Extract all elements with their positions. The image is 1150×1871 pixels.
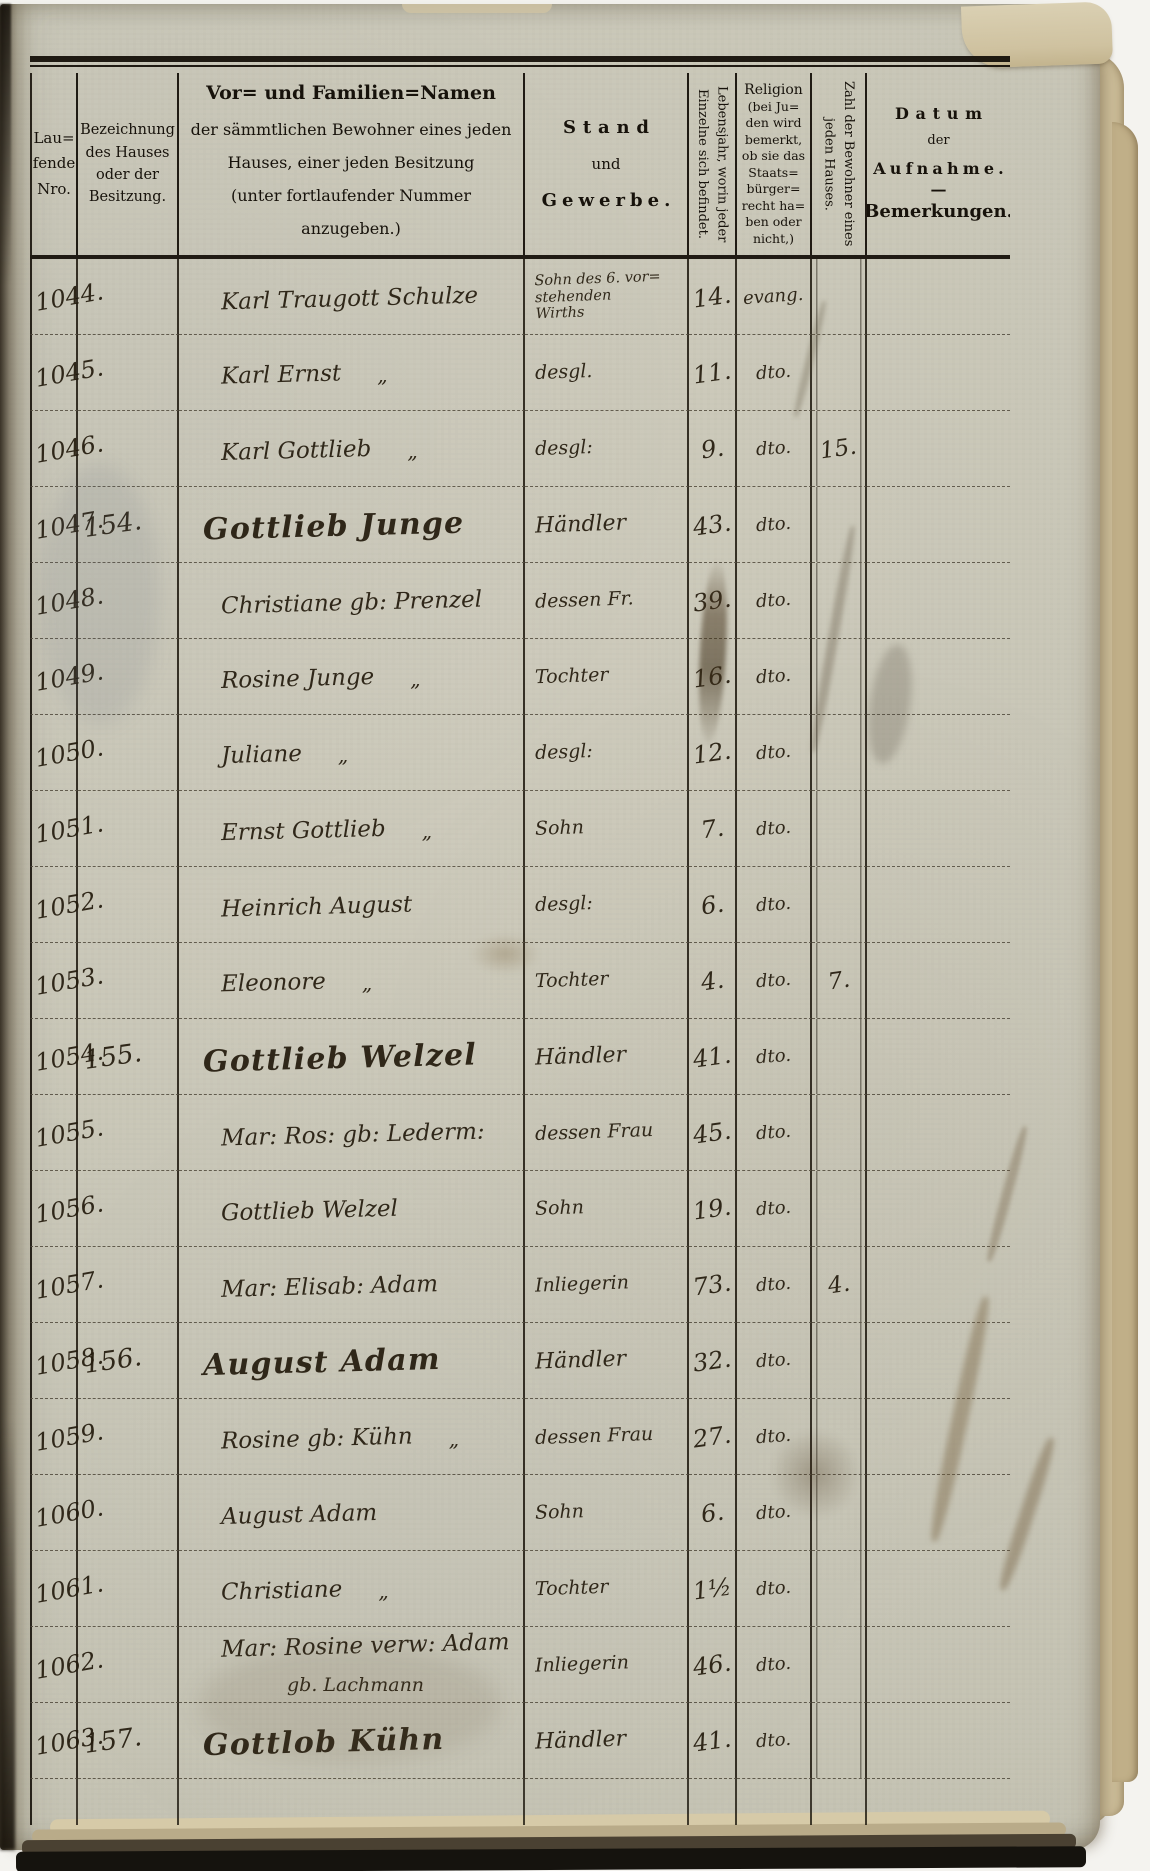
stand-value: Händler	[535, 1042, 627, 1070]
ditto-mark: „	[410, 667, 420, 691]
cell-haus-nro	[78, 1399, 179, 1475]
cell-datum-bemerkungen	[867, 1551, 1010, 1627]
cell-religion: dto.	[737, 563, 812, 639]
cell-religion: dto.	[737, 791, 812, 867]
religion-value: dto.	[755, 1197, 791, 1220]
alter-value: 27.	[691, 1420, 733, 1453]
cell-zahl-bewohner	[812, 1551, 867, 1627]
table-row: 1056. Gottlieb Welzel Sohn 19. dto.	[30, 1171, 1010, 1247]
alter-value: 41.	[691, 1040, 733, 1073]
cell-stand-gewerbe: Tochter	[525, 1551, 689, 1627]
cell-laufende-nro: 1046.	[30, 411, 78, 487]
alter-value: 73.	[691, 1268, 733, 1301]
cell-name: Gottlieb Welzel	[179, 1019, 525, 1095]
header-namen-title: Vor= und Familien=Namen	[206, 82, 496, 104]
ditto-mark: „	[377, 363, 387, 387]
table-row: 1062. Mar: Rosine verw: Adam gb. Lachman…	[30, 1627, 1010, 1703]
table-row: 1060. August Adam Sohn 6. dto.	[30, 1475, 1010, 1551]
table-row: 1063. 157. Gottlob Kühn Händler 41. dto.	[30, 1703, 1010, 1779]
religion-value: evang.	[743, 284, 805, 309]
cell-religion: dto.	[737, 487, 812, 563]
header-col-datum-bemerkungen: DatumderAufnahme.—Bemerkungen.	[867, 73, 1010, 255]
name-line: August Adam	[221, 1502, 413, 1528]
name-second-line: gb. Lachmann	[287, 1674, 424, 1696]
cell-lebensjahr: 11.	[689, 335, 737, 411]
name-value: Christiane gb: Prenzel	[221, 586, 483, 619]
stand-value: Sohn	[535, 1501, 585, 1525]
name-value: Karl Gottlieb	[221, 436, 372, 466]
cell-stand-gewerbe: desgl:	[525, 867, 689, 943]
cell-datum-bemerkungen	[867, 487, 1010, 563]
cell-name: Karl Traugott Schulze	[179, 259, 525, 335]
name-line: Mar: Rosine verw: Adam	[221, 1633, 523, 1678]
cell-zahl-bewohner	[812, 487, 867, 563]
alter-value: 19.	[691, 1192, 733, 1225]
cell-name: Karl Ernst„	[179, 335, 525, 411]
name-line: Karl Ernst„	[221, 362, 388, 388]
header-col-laufende-nro: Lau=fendeNro.	[30, 73, 78, 255]
stand-value: desgl:	[535, 893, 594, 917]
religion-value: dto.	[755, 817, 791, 840]
ditto-mark: „	[422, 819, 432, 843]
cell-religion: dto.	[737, 1627, 812, 1703]
religion-value: dto.	[755, 1121, 791, 1144]
stand-value: Tochter	[535, 1576, 609, 1600]
tail-cell	[78, 1779, 179, 1825]
cell-lebensjahr: 39.	[689, 563, 737, 639]
cell-haus-nro	[78, 1171, 179, 1247]
cell-zahl-bewohner	[812, 639, 867, 715]
cell-stand-gewerbe: Sohn des 6. vor=stehendenWirths	[525, 259, 689, 335]
cell-religion: dto.	[737, 1171, 812, 1247]
cell-lebensjahr: 4.	[689, 943, 737, 1019]
tail-cell	[737, 1779, 812, 1825]
cell-haus-nro	[78, 411, 179, 487]
cell-zahl-bewohner	[812, 715, 867, 791]
name-value: August Adam	[203, 1342, 442, 1383]
cell-zahl-bewohner	[812, 1019, 867, 1095]
cell-stand-gewerbe: Tochter	[525, 639, 689, 715]
cell-religion: dto.	[737, 1475, 812, 1551]
name-line: Ernst Gottlieb„	[221, 818, 432, 844]
cell-haus-nro	[78, 1247, 179, 1323]
cell-haus-nro: 155.	[78, 1019, 179, 1095]
cell-name: Mar: Ros: gb: Lederm:	[179, 1095, 525, 1171]
name-value: Mar: Ros: gb: Lederm:	[221, 1118, 485, 1151]
header-col-haus-bezeichnung: Bezeichnungdes Hausesoder derBesitzung.	[78, 73, 179, 255]
cell-datum-bemerkungen	[867, 259, 1010, 335]
cell-laufende-nro: 1057.	[30, 1247, 78, 1323]
cell-name: Christiane„	[179, 1551, 525, 1627]
cell-zahl-bewohner	[812, 1475, 867, 1551]
cell-religion: dto.	[737, 335, 812, 411]
name-value: Eleonore	[221, 968, 327, 997]
cell-zahl-bewohner	[812, 335, 867, 411]
cell-zahl-bewohner	[812, 1703, 867, 1779]
name-value: Juliane	[221, 740, 303, 768]
cell-zahl-bewohner	[812, 1627, 867, 1703]
cell-datum-bemerkungen	[867, 1703, 1010, 1779]
cell-religion: dto.	[737, 1323, 812, 1399]
cell-religion: dto.	[737, 411, 812, 487]
cell-haus-nro: 157.	[78, 1703, 179, 1779]
cell-name: Gottlob Kühn	[179, 1703, 525, 1779]
name-value: Christiane	[221, 1576, 343, 1605]
cell-religion: dto.	[737, 943, 812, 1019]
cell-laufende-nro: 1054.	[30, 1019, 78, 1095]
table-row: 1048. Christiane gb: Prenzel dessen Fr. …	[30, 563, 1010, 639]
alter-value: 41.	[691, 1724, 733, 1757]
haus-nro-value: 156.	[82, 1342, 144, 1380]
header-lebensjahr-rotated-label: Lebensjahr, worin jeder Einzelne sich be…	[693, 79, 732, 249]
header-namen-subtitle: der sämmtlichen Bewohner eines jedenHaus…	[185, 114, 517, 245]
name-line: Gottlieb Welzel	[203, 1041, 513, 1076]
religion-value: dto.	[755, 1045, 791, 1068]
name-value: Gottlieb Junge	[203, 506, 465, 548]
religion-value: dto.	[755, 1349, 791, 1372]
cell-haus-nro	[78, 791, 179, 867]
name-value: August Adam	[221, 1499, 378, 1529]
stand-value: dessen Frau	[535, 1120, 654, 1146]
name-value: Rosine Junge	[221, 663, 375, 693]
cell-zahl-bewohner	[812, 1171, 867, 1247]
alter-value: 46.	[691, 1648, 733, 1681]
top-edge-wear	[402, 4, 552, 13]
cell-name: Rosine gb: Kühn„	[179, 1399, 525, 1475]
table-row: 1055. Mar: Ros: gb: Lederm: dessen Frau …	[30, 1095, 1010, 1171]
cell-lebensjahr: 6.	[689, 1475, 737, 1551]
cell-lebensjahr: 73.	[689, 1247, 737, 1323]
cell-stand-gewerbe: dessen Frau	[525, 1095, 689, 1171]
table-tail-row	[30, 1779, 1010, 1825]
cell-name: Juliane„	[179, 715, 525, 791]
cell-stand-gewerbe: Händler	[525, 1703, 689, 1779]
cell-stand-gewerbe: desgl:	[525, 411, 689, 487]
cell-haus-nro: 154.	[78, 487, 179, 563]
name-value: Karl Ernst	[221, 360, 342, 389]
cell-stand-gewerbe: Händler	[525, 1323, 689, 1399]
alter-value: 45.	[691, 1116, 733, 1149]
header-col-zahl-bewohner: Zahl der Bewohner eines jeden Hauses.	[812, 73, 867, 255]
cell-lebensjahr: 45.	[689, 1095, 737, 1171]
cell-lebensjahr: 16.	[689, 639, 737, 715]
cell-datum-bemerkungen	[867, 791, 1010, 867]
cell-datum-bemerkungen	[867, 1399, 1010, 1475]
name-line: Mar: Ros: gb: Lederm:	[221, 1122, 521, 1148]
stand-value: Händler	[535, 510, 627, 538]
name-line: Karl Traugott Schulze	[221, 286, 514, 312]
cell-name: Ernst Gottlieb„	[179, 791, 525, 867]
table-row: 1052. Heinrich August desgl: 6. dto.	[30, 867, 1010, 943]
name-value: Gottlob Kühn	[203, 1722, 445, 1763]
table-body: 1044. Karl Traugott Schulze Sohn des 6. …	[30, 259, 1010, 1779]
cell-stand-gewerbe: desgl:	[525, 715, 689, 791]
religion-value: dto.	[755, 513, 791, 536]
cell-haus-nro	[78, 259, 179, 335]
cell-name: August Adam	[179, 1323, 525, 1399]
cell-religion: dto.	[737, 1399, 812, 1475]
cell-laufende-nro: 1045.	[30, 335, 78, 411]
header-col-stand-gewerbe: StandundGewerbe.	[525, 73, 689, 255]
cell-haus-nro	[78, 715, 179, 791]
haus-nro-value: 157.	[82, 1722, 144, 1760]
cell-lebensjahr: 9.	[689, 411, 737, 487]
name-line: Rosine gb: Kühn„	[221, 1426, 459, 1452]
cell-stand-gewerbe: Sohn	[525, 791, 689, 867]
cell-religion: dto.	[737, 715, 812, 791]
cell-stand-gewerbe: desgl.	[525, 335, 689, 411]
cell-stand-gewerbe: Händler	[525, 487, 689, 563]
name-value: Rosine gb: Kühn	[221, 1423, 413, 1454]
cell-religion: dto.	[737, 1095, 812, 1171]
cell-zahl-bewohner	[812, 563, 867, 639]
alter-value: 32.	[691, 1344, 733, 1377]
name-line: Juliane„	[221, 742, 348, 768]
cell-name: Mar: Rosine verw: Adam gb. Lachmann	[179, 1627, 525, 1703]
cell-religion: dto.	[737, 1247, 812, 1323]
religion-value: dto.	[755, 1273, 791, 1296]
table-header: Lau=fendeNro. Bezeichnungdes Hausesoder …	[30, 73, 1010, 259]
cell-laufende-nro: 1044.	[30, 259, 78, 335]
alter-value: 4.	[699, 965, 726, 996]
tail-cell	[812, 1779, 867, 1825]
table-row: 1044. Karl Traugott Schulze Sohn des 6. …	[30, 259, 1010, 335]
table-row: 1059. Rosine gb: Kühn„ dessen Frau 27. d…	[30, 1399, 1010, 1475]
cell-lebensjahr: 7.	[689, 791, 737, 867]
cell-lebensjahr: 14.	[689, 259, 737, 335]
cell-haus-nro	[78, 335, 179, 411]
table-row: 1050. Juliane„ desgl: 12. dto.	[30, 715, 1010, 791]
header-col-religion: Religion(bei Ju=den wirdbemerkt,ob sie d…	[737, 73, 812, 255]
cell-haus-nro	[78, 639, 179, 715]
table-row: 1045. Karl Ernst„ desgl. 11. dto.	[30, 335, 1010, 411]
alter-value: 7.	[699, 813, 726, 844]
name-value: Karl Traugott Schulze	[221, 282, 479, 315]
religion-value: dto.	[755, 361, 791, 384]
cell-zahl-bewohner	[812, 259, 867, 335]
cell-haus-nro	[78, 1627, 179, 1703]
zahl-value: 4.	[826, 1270, 851, 1299]
name-line: Eleonore„	[221, 970, 372, 996]
table-row: 1053. Eleonore„ Tochter 4. dto. 7.	[30, 943, 1010, 1019]
cell-stand-gewerbe: dessen Fr.	[525, 563, 689, 639]
stand-value: Tochter	[535, 968, 609, 992]
cell-lebensjahr: 12.	[689, 715, 737, 791]
name-value: Mar: Elisab: Adam	[221, 1271, 439, 1303]
stand-value: Händler	[535, 1726, 627, 1754]
table-row: 1057. Mar: Elisab: Adam Inliegerin 73. d…	[30, 1247, 1010, 1323]
alter-value: 9.	[699, 433, 726, 464]
cell-stand-gewerbe: dessen Frau	[525, 1399, 689, 1475]
tail-cell	[30, 1779, 78, 1825]
alter-value: 39.	[691, 584, 733, 617]
cell-lebensjahr: 27.	[689, 1399, 737, 1475]
header-col-namen: Vor= und Familien=Namen der sämmtlichen …	[179, 73, 525, 255]
cell-laufende-nro: 1060.	[30, 1475, 78, 1551]
cell-haus-nro	[78, 1475, 179, 1551]
register-table: Lau=fendeNro. Bezeichnungdes Hausesoder …	[30, 56, 1010, 1825]
alter-value: 1½	[691, 1572, 733, 1605]
haus-nro-value: 154.	[82, 506, 144, 544]
religion-value: dto.	[755, 969, 791, 992]
ditto-mark: „	[362, 971, 372, 995]
cell-name: Heinrich August	[179, 867, 525, 943]
cell-datum-bemerkungen	[867, 1095, 1010, 1171]
cell-datum-bemerkungen	[867, 715, 1010, 791]
name-value: Ernst Gottlieb	[221, 815, 386, 845]
stand-value: Inliegerin	[535, 1272, 630, 1297]
cell-religion: dto.	[737, 867, 812, 943]
table-row: 1058. 156. August Adam Händler 32. dto.	[30, 1323, 1010, 1399]
stand-value: Sohn	[535, 817, 585, 841]
stand-value: desgl:	[535, 437, 594, 461]
religion-value: dto.	[755, 1501, 791, 1524]
cell-lebensjahr: 41.	[689, 1019, 737, 1095]
cell-religion: dto.	[737, 1019, 812, 1095]
stand-value: Inliegerin	[535, 1652, 630, 1677]
table-row: 1049. Rosine Junge„ Tochter 16. dto.	[30, 639, 1010, 715]
religion-value: dto.	[755, 1653, 791, 1676]
name-line: Karl Gottlieb„	[221, 438, 418, 464]
table-top-rule	[30, 56, 1010, 73]
cell-haus-nro: 156.	[78, 1323, 179, 1399]
table-row: 1061. Christiane„ Tochter 1½ dto.	[30, 1551, 1010, 1627]
cell-stand-gewerbe: Inliegerin	[525, 1627, 689, 1703]
alter-value: 12.	[691, 736, 733, 769]
stand-value: Händler	[535, 1346, 627, 1374]
cell-lebensjahr: 32.	[689, 1323, 737, 1399]
cell-lebensjahr: 19.	[689, 1171, 737, 1247]
cell-haus-nro	[78, 1095, 179, 1171]
cell-zahl-bewohner	[812, 791, 867, 867]
name-value: Gottlieb Welzel	[221, 1195, 399, 1226]
cell-lebensjahr: 1½	[689, 1551, 737, 1627]
cell-name: Rosine Junge„	[179, 639, 525, 715]
cell-lebensjahr: 6.	[689, 867, 737, 943]
stand-value: Tochter	[535, 664, 609, 688]
cell-laufende-nro: 1050.	[30, 715, 78, 791]
cell-lebensjahr: 46.	[689, 1627, 737, 1703]
name-line: Rosine Junge„	[221, 666, 421, 692]
cell-name: Gottlieb Junge	[179, 487, 525, 563]
cell-stand-gewerbe: Inliegerin	[525, 1247, 689, 1323]
table-row: 1047. 154. Gottlieb Junge Händler 43. dt…	[30, 487, 1010, 563]
cell-datum-bemerkungen	[867, 639, 1010, 715]
cell-haus-nro	[78, 563, 179, 639]
cell-name: Karl Gottlieb„	[179, 411, 525, 487]
name-value: Mar: Rosine verw: Adam	[221, 1629, 510, 1663]
table-row: 1046. Karl Gottlieb„ desgl: 9. dto. 15.	[30, 411, 1010, 487]
cell-lebensjahr: 41.	[689, 1703, 737, 1779]
tail-cell	[689, 1779, 737, 1825]
cell-datum-bemerkungen	[867, 867, 1010, 943]
stand-value: Sohn	[535, 1197, 585, 1221]
cell-datum-bemerkungen	[867, 411, 1010, 487]
stand-value: desgl:	[535, 741, 594, 765]
cell-laufende-nro: 1051.	[30, 791, 78, 867]
cell-zahl-bewohner: 15.	[812, 411, 867, 487]
name-line: August Adam	[203, 1345, 477, 1380]
ditto-mark: „	[338, 743, 348, 767]
scanned-register-page: Lau=fendeNro. Bezeichnungdes Hausesoder …	[0, 0, 1150, 1871]
religion-value: dto.	[755, 665, 791, 688]
alter-value: 43.	[691, 508, 733, 541]
name-value: Gottlieb Welzel	[203, 1037, 478, 1079]
stand-value: dessen Fr.	[535, 588, 634, 613]
religion-value: dto.	[755, 437, 791, 460]
zahl-value: 7.	[826, 966, 851, 995]
paper-sheet: Lau=fendeNro. Bezeichnungdes Hausesoder …	[0, 4, 1100, 1850]
cell-datum-bemerkungen	[867, 335, 1010, 411]
cell-laufende-nro: 1056.	[30, 1171, 78, 1247]
cell-datum-bemerkungen	[867, 1323, 1010, 1399]
alter-value: 6.	[699, 1497, 726, 1528]
ditto-mark: „	[407, 439, 417, 463]
cell-religion: evang.	[737, 259, 812, 335]
cell-laufende-nro: 1059.	[30, 1399, 78, 1475]
stand-value: dessen Frau	[535, 1424, 654, 1450]
cell-laufende-nro: 1047.	[30, 487, 78, 563]
table-row: 1051. Ernst Gottlieb„ Sohn 7. dto.	[30, 791, 1010, 867]
name-line: Christiane gb: Prenzel	[221, 590, 518, 616]
cell-haus-nro	[78, 1551, 179, 1627]
cell-datum-bemerkungen	[867, 1019, 1010, 1095]
cell-datum-bemerkungen	[867, 1247, 1010, 1323]
name-line: Mar: Elisab: Adam	[221, 1274, 474, 1300]
name-line: Christiane„	[221, 1578, 389, 1604]
cell-name: Christiane gb: Prenzel	[179, 563, 525, 639]
name-line: Heinrich August	[221, 894, 448, 920]
cell-zahl-bewohner: 7.	[812, 943, 867, 1019]
religion-value: dto.	[755, 1425, 791, 1448]
cell-religion: dto.	[737, 1703, 812, 1779]
cell-zahl-bewohner	[812, 867, 867, 943]
cell-zahl-bewohner: 4.	[812, 1247, 867, 1323]
cell-zahl-bewohner	[812, 1323, 867, 1399]
cell-laufende-nro: 1049.	[30, 639, 78, 715]
name-line: Gottlieb Junge	[203, 509, 500, 544]
religion-value: dto.	[755, 741, 791, 764]
cell-name: Gottlieb Welzel	[179, 1171, 525, 1247]
tail-cell	[179, 1779, 525, 1825]
ditto-mark: „	[449, 1427, 459, 1451]
cell-laufende-nro: 1055.	[30, 1095, 78, 1171]
cell-zahl-bewohner	[812, 1095, 867, 1171]
table-row: 1054. 155. Gottlieb Welzel Händler 41. d…	[30, 1019, 1010, 1095]
ditto-mark: „	[378, 1579, 388, 1603]
cell-stand-gewerbe: Sohn	[525, 1475, 689, 1551]
cell-haus-nro	[78, 867, 179, 943]
cell-haus-nro	[78, 943, 179, 1019]
religion-value: dto.	[755, 893, 791, 916]
cell-datum-bemerkungen	[867, 1627, 1010, 1703]
cell-datum-bemerkungen	[867, 943, 1010, 1019]
cell-religion: dto.	[737, 1551, 812, 1627]
cell-stand-gewerbe: Sohn	[525, 1171, 689, 1247]
cell-laufende-nro: 1061.	[30, 1551, 78, 1627]
religion-value: dto.	[755, 1729, 791, 1752]
cell-lebensjahr: 43.	[689, 487, 737, 563]
header-col-lebensjahr: Lebensjahr, worin jeder Einzelne sich be…	[689, 73, 737, 255]
cell-name: August Adam	[179, 1475, 525, 1551]
alter-value: 11.	[691, 356, 733, 389]
cell-laufende-nro: 1048.	[30, 563, 78, 639]
name-line: Gottlieb Welzel	[221, 1198, 434, 1224]
cell-datum-bemerkungen	[867, 1171, 1010, 1247]
cell-laufende-nro: 1062.	[30, 1627, 78, 1703]
cell-religion: dto.	[737, 639, 812, 715]
stand-value: desgl.	[535, 361, 593, 385]
